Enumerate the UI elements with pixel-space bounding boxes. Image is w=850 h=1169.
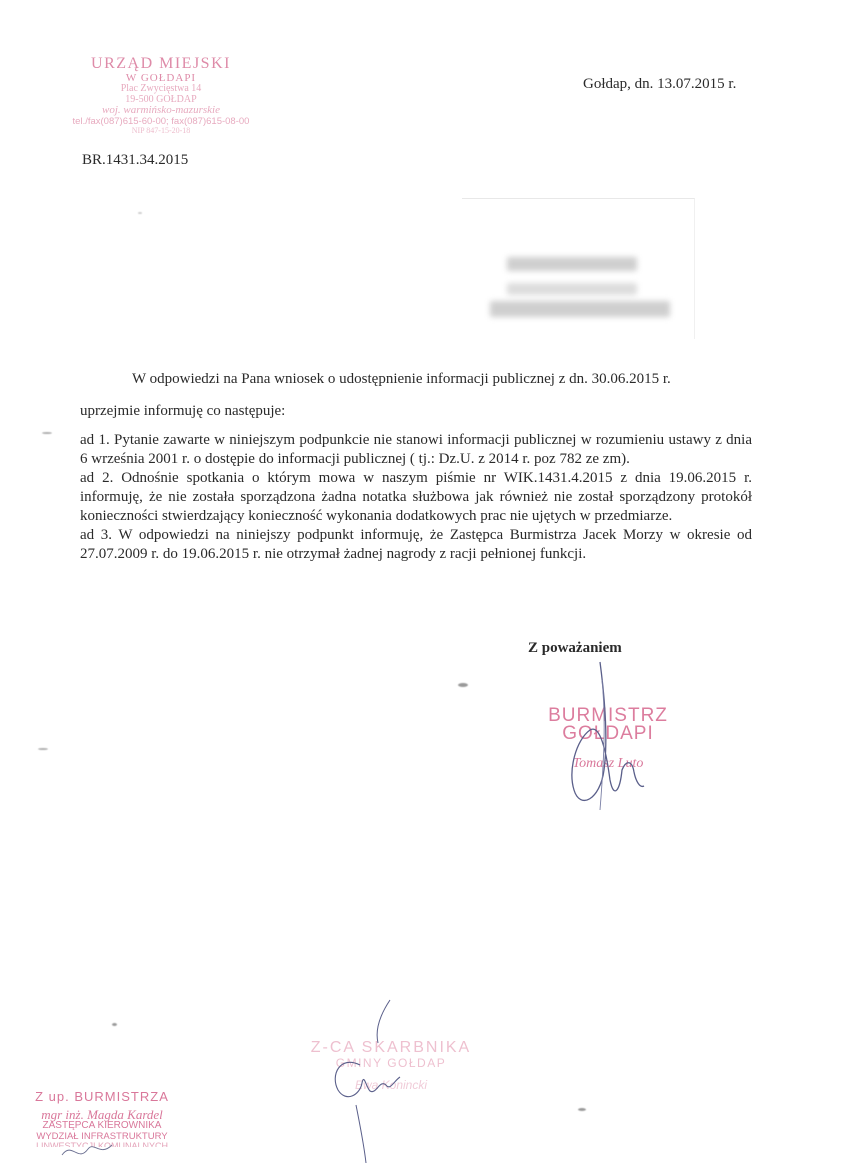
- deputy-name: mgr inż. Magda Kardel: [22, 1108, 182, 1122]
- deputy-stamp-authority: Z up. BURMISTRZA: [22, 1090, 182, 1104]
- treasurer-signature-icon: [320, 995, 420, 1165]
- point-2: ad 2. Odnośnie spotkania o którym mowa w…: [80, 469, 752, 526]
- reference-number: BR.1431.34.2015: [82, 152, 188, 169]
- office-stamp: URZĄD MIEJSKI W GOŁDAPI Plac Zwycięstwa …: [52, 56, 270, 133]
- office-stamp-nip: NIP 847-15-20-18: [52, 127, 270, 133]
- intro-continuation: uprzejmie informuję co następuje:: [80, 402, 752, 421]
- point-1: ad 1. Pytanie zawarte w niniejszym podpu…: [80, 431, 752, 469]
- scan-speck: [38, 748, 48, 750]
- scan-speck: [112, 1023, 117, 1026]
- office-stamp-phone: tel./fax(087)615-60-00; fax(087)615-08-0…: [52, 117, 270, 127]
- scan-speck: [138, 212, 142, 214]
- closing-salutation: Z poważaniem: [528, 640, 622, 657]
- scan-speck: [458, 683, 468, 687]
- place-date: Gołdap, dn. 13.07.2015 r.: [583, 76, 736, 93]
- recipient-address-redacted: [462, 198, 695, 339]
- office-stamp-name: URZĄD MIEJSKI: [52, 56, 270, 73]
- scan-speck: [42, 432, 52, 434]
- point-3: ad 3. W odpowiedzi na niniejszy podpunkt…: [80, 526, 752, 564]
- deputy-signature-icon: [58, 1135, 118, 1165]
- mayor-signature-icon: [560, 660, 670, 820]
- intro-paragraph: W odpowiedzi na Pana wniosek o udostępni…: [80, 370, 752, 389]
- scan-speck: [578, 1108, 586, 1111]
- letter-body: W odpowiedzi na Pana wniosek o udostępni…: [80, 370, 752, 564]
